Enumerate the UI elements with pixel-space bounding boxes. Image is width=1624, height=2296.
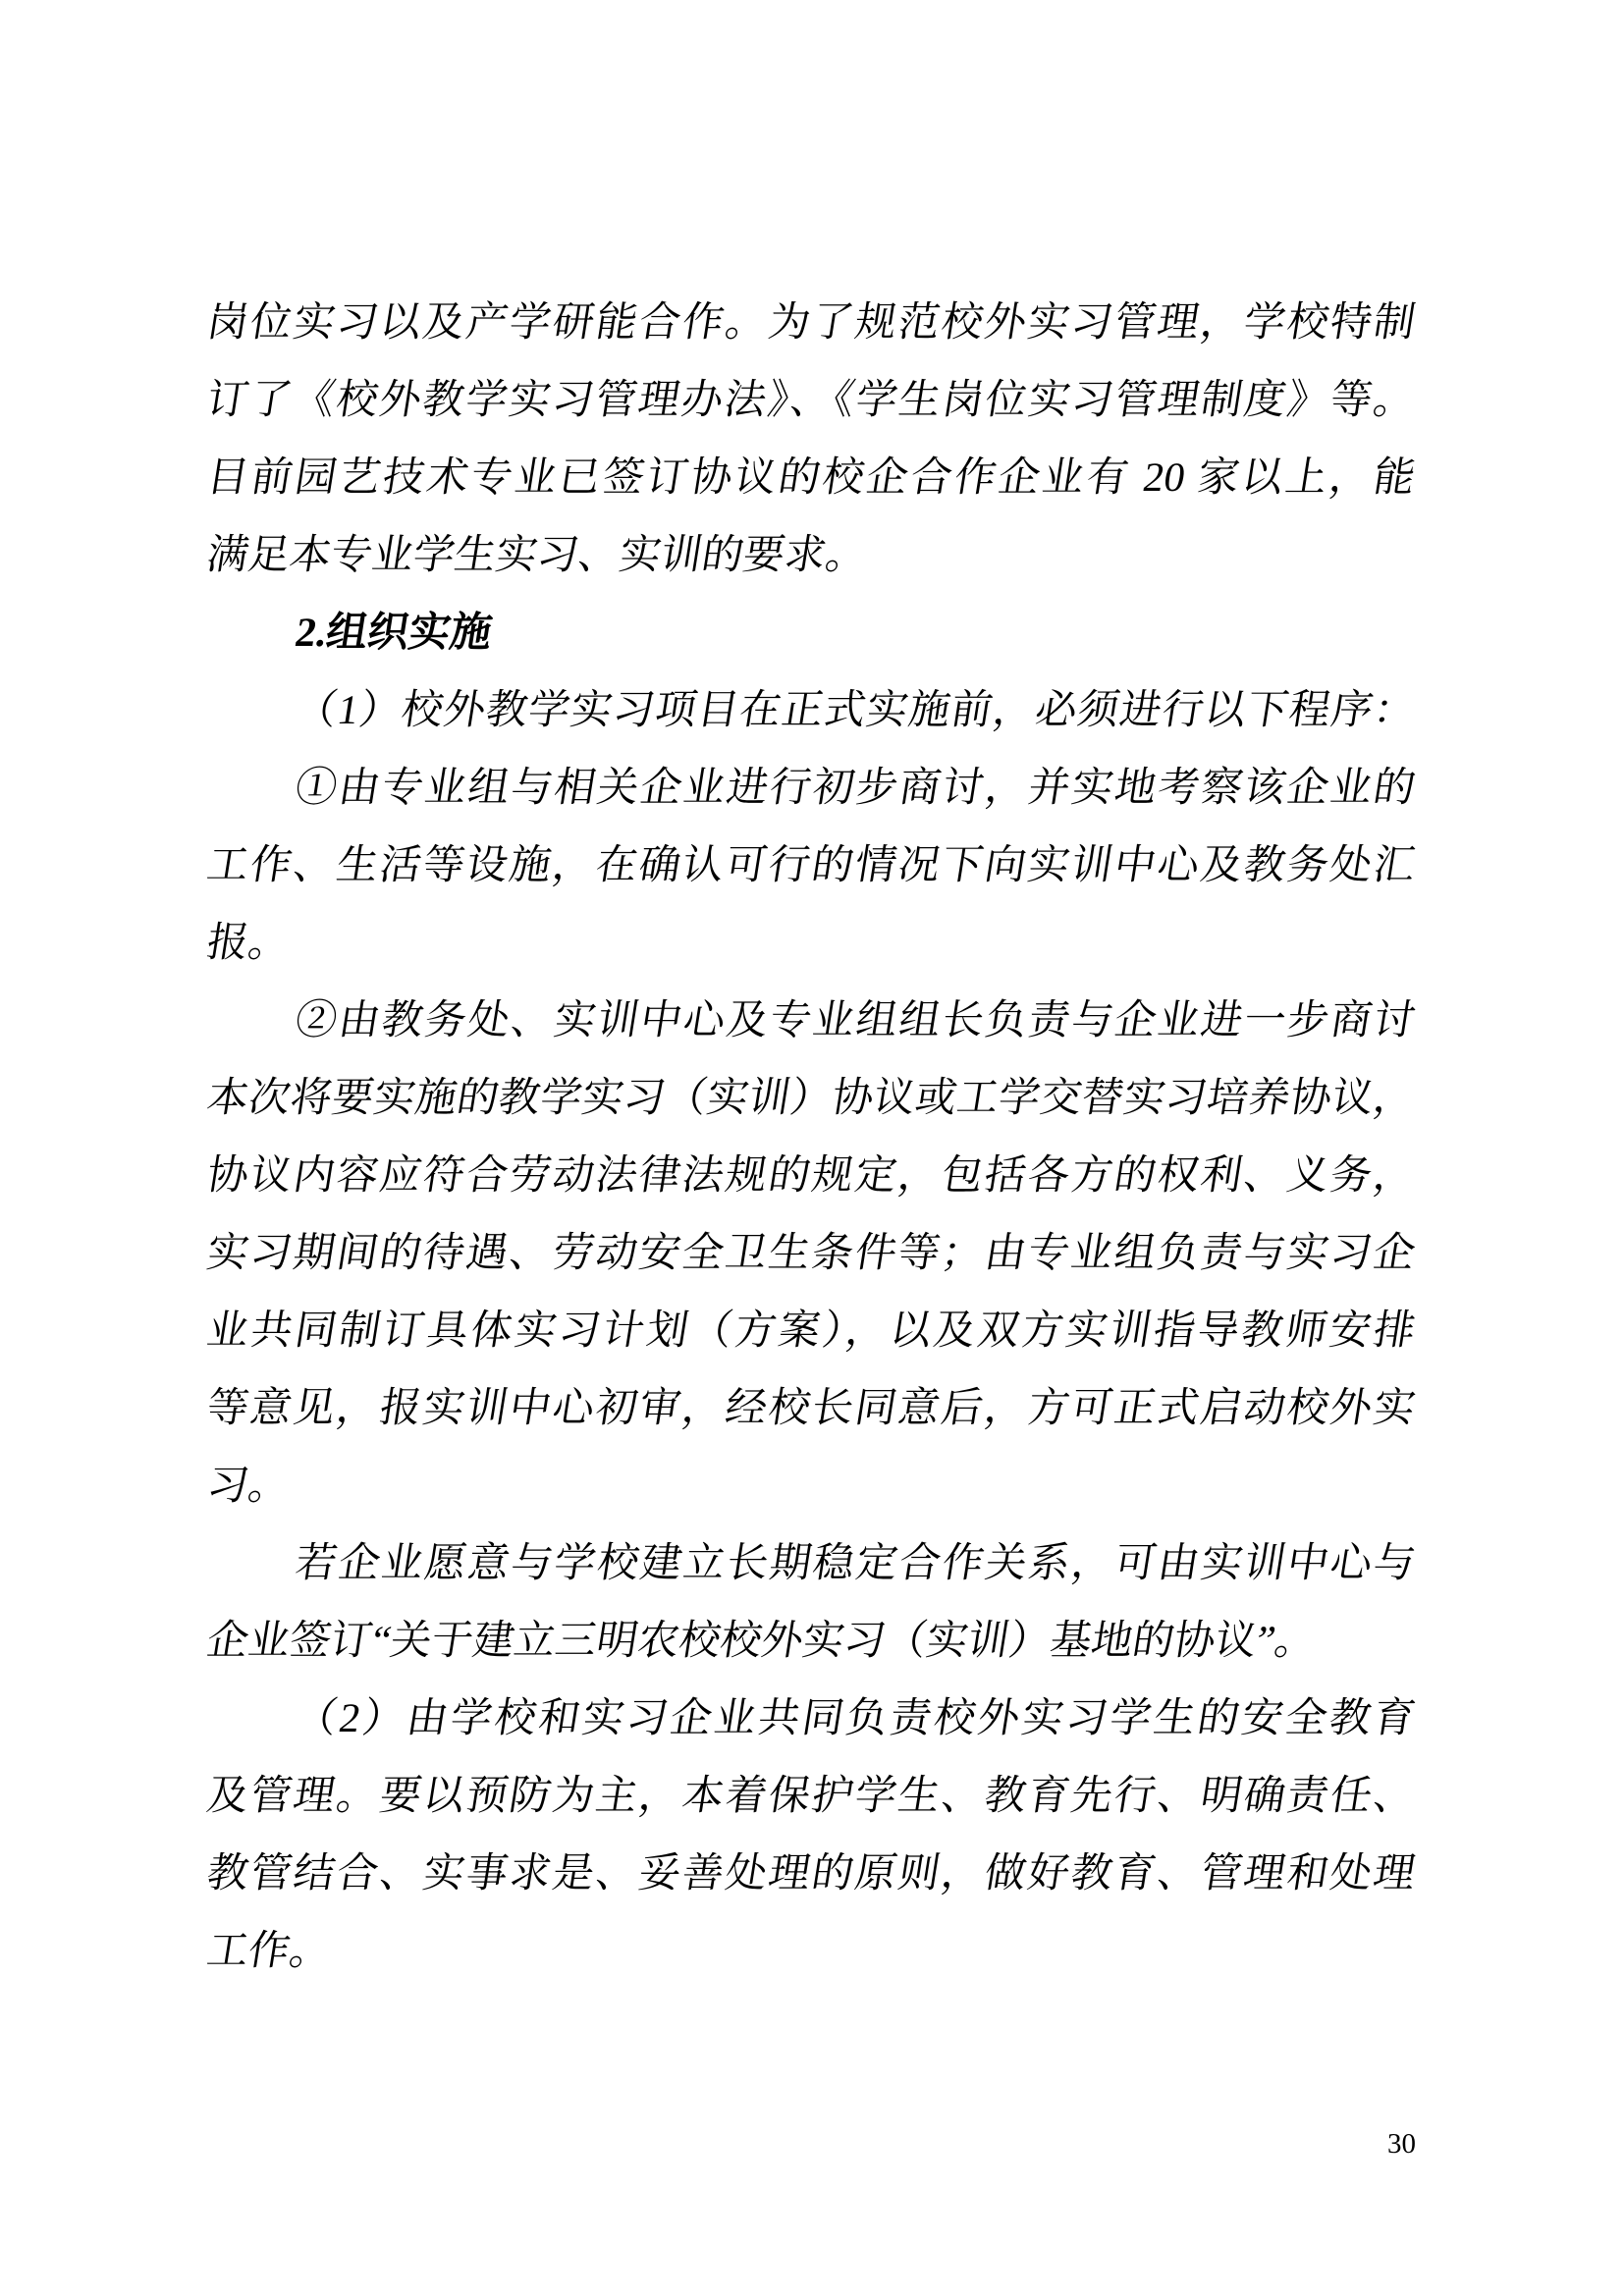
text-line: 订了《校外教学实习管理办法》、《学生岗位实习管理制度》等。 — [201, 362, 1422, 440]
text-block: 岗位实习以及产学研能合作。为了规范校外实习管理，学校特制 订了《校外教学实习管理… — [207, 285, 1415, 1991]
text-line: （1）校外教学实习项目在正式实施前，必须进行以下程序： — [201, 672, 1422, 750]
page-number: 30 — [1387, 2128, 1416, 2160]
text-line: 岗位实习以及产学研能合作。为了规范校外实习管理，学校特制 — [201, 285, 1422, 362]
text-line: 本次将要实施的教学实习（实训）协议或工学交替实习培养协议， — [201, 1060, 1422, 1138]
text-line: （2）由学校和实习企业共同负责校外实习学生的安全教育 — [201, 1681, 1422, 1758]
text-line: 工作、生活等设施，在确认可行的情况下向实训中心及教务处汇 — [201, 828, 1422, 905]
text-line: 报。 — [201, 905, 1422, 983]
text-line: 等意见，报实训中心初审，经校长同意后，方可正式启动校外实 — [201, 1370, 1422, 1448]
text-line: ①由专业组与相关企业进行初步商讨，并实地考察该企业的 — [201, 750, 1422, 828]
text-line: 工作。 — [201, 1913, 1422, 1991]
section-heading: 2.组织实施 — [201, 595, 1422, 672]
text-line: 企业签订“关于建立三明农校校外实习（实训）基地的协议”。 — [201, 1603, 1422, 1681]
text-line: 习。 — [201, 1448, 1422, 1525]
text-line: 业共同制订具体实习计划（方案），以及双方实训指导教师安排 — [201, 1293, 1422, 1370]
text-line: 满足本专业学生实习、实训的要求。 — [201, 517, 1422, 595]
text-line: ②由教务处、实训中心及专业组组长负责与企业进一步商讨 — [201, 983, 1422, 1060]
text-line: 实习期间的待遇、劳动安全卫生条件等；由专业组负责与实习企 — [201, 1215, 1422, 1293]
text-line: 及管理。要以预防为主，本着保护学生、教育先行、明确责任、 — [201, 1758, 1422, 1836]
text-line: 教管结合、实事求是、妥善处理的原则，做好教育、管理和处理 — [201, 1836, 1422, 1913]
text-line: 协议内容应符合劳动法律法规的规定，包括各方的权利、义务， — [201, 1138, 1422, 1215]
text-line: 若企业愿意与学校建立长期稳定合作关系，可由实训中心与 — [201, 1525, 1422, 1603]
text-line: 目前园艺技术专业已签订协议的校企合作企业有 20 家以上，能 — [201, 440, 1422, 517]
document-page: 岗位实习以及产学研能合作。为了规范校外实习管理，学校特制 订了《校外教学实习管理… — [0, 0, 1624, 2296]
